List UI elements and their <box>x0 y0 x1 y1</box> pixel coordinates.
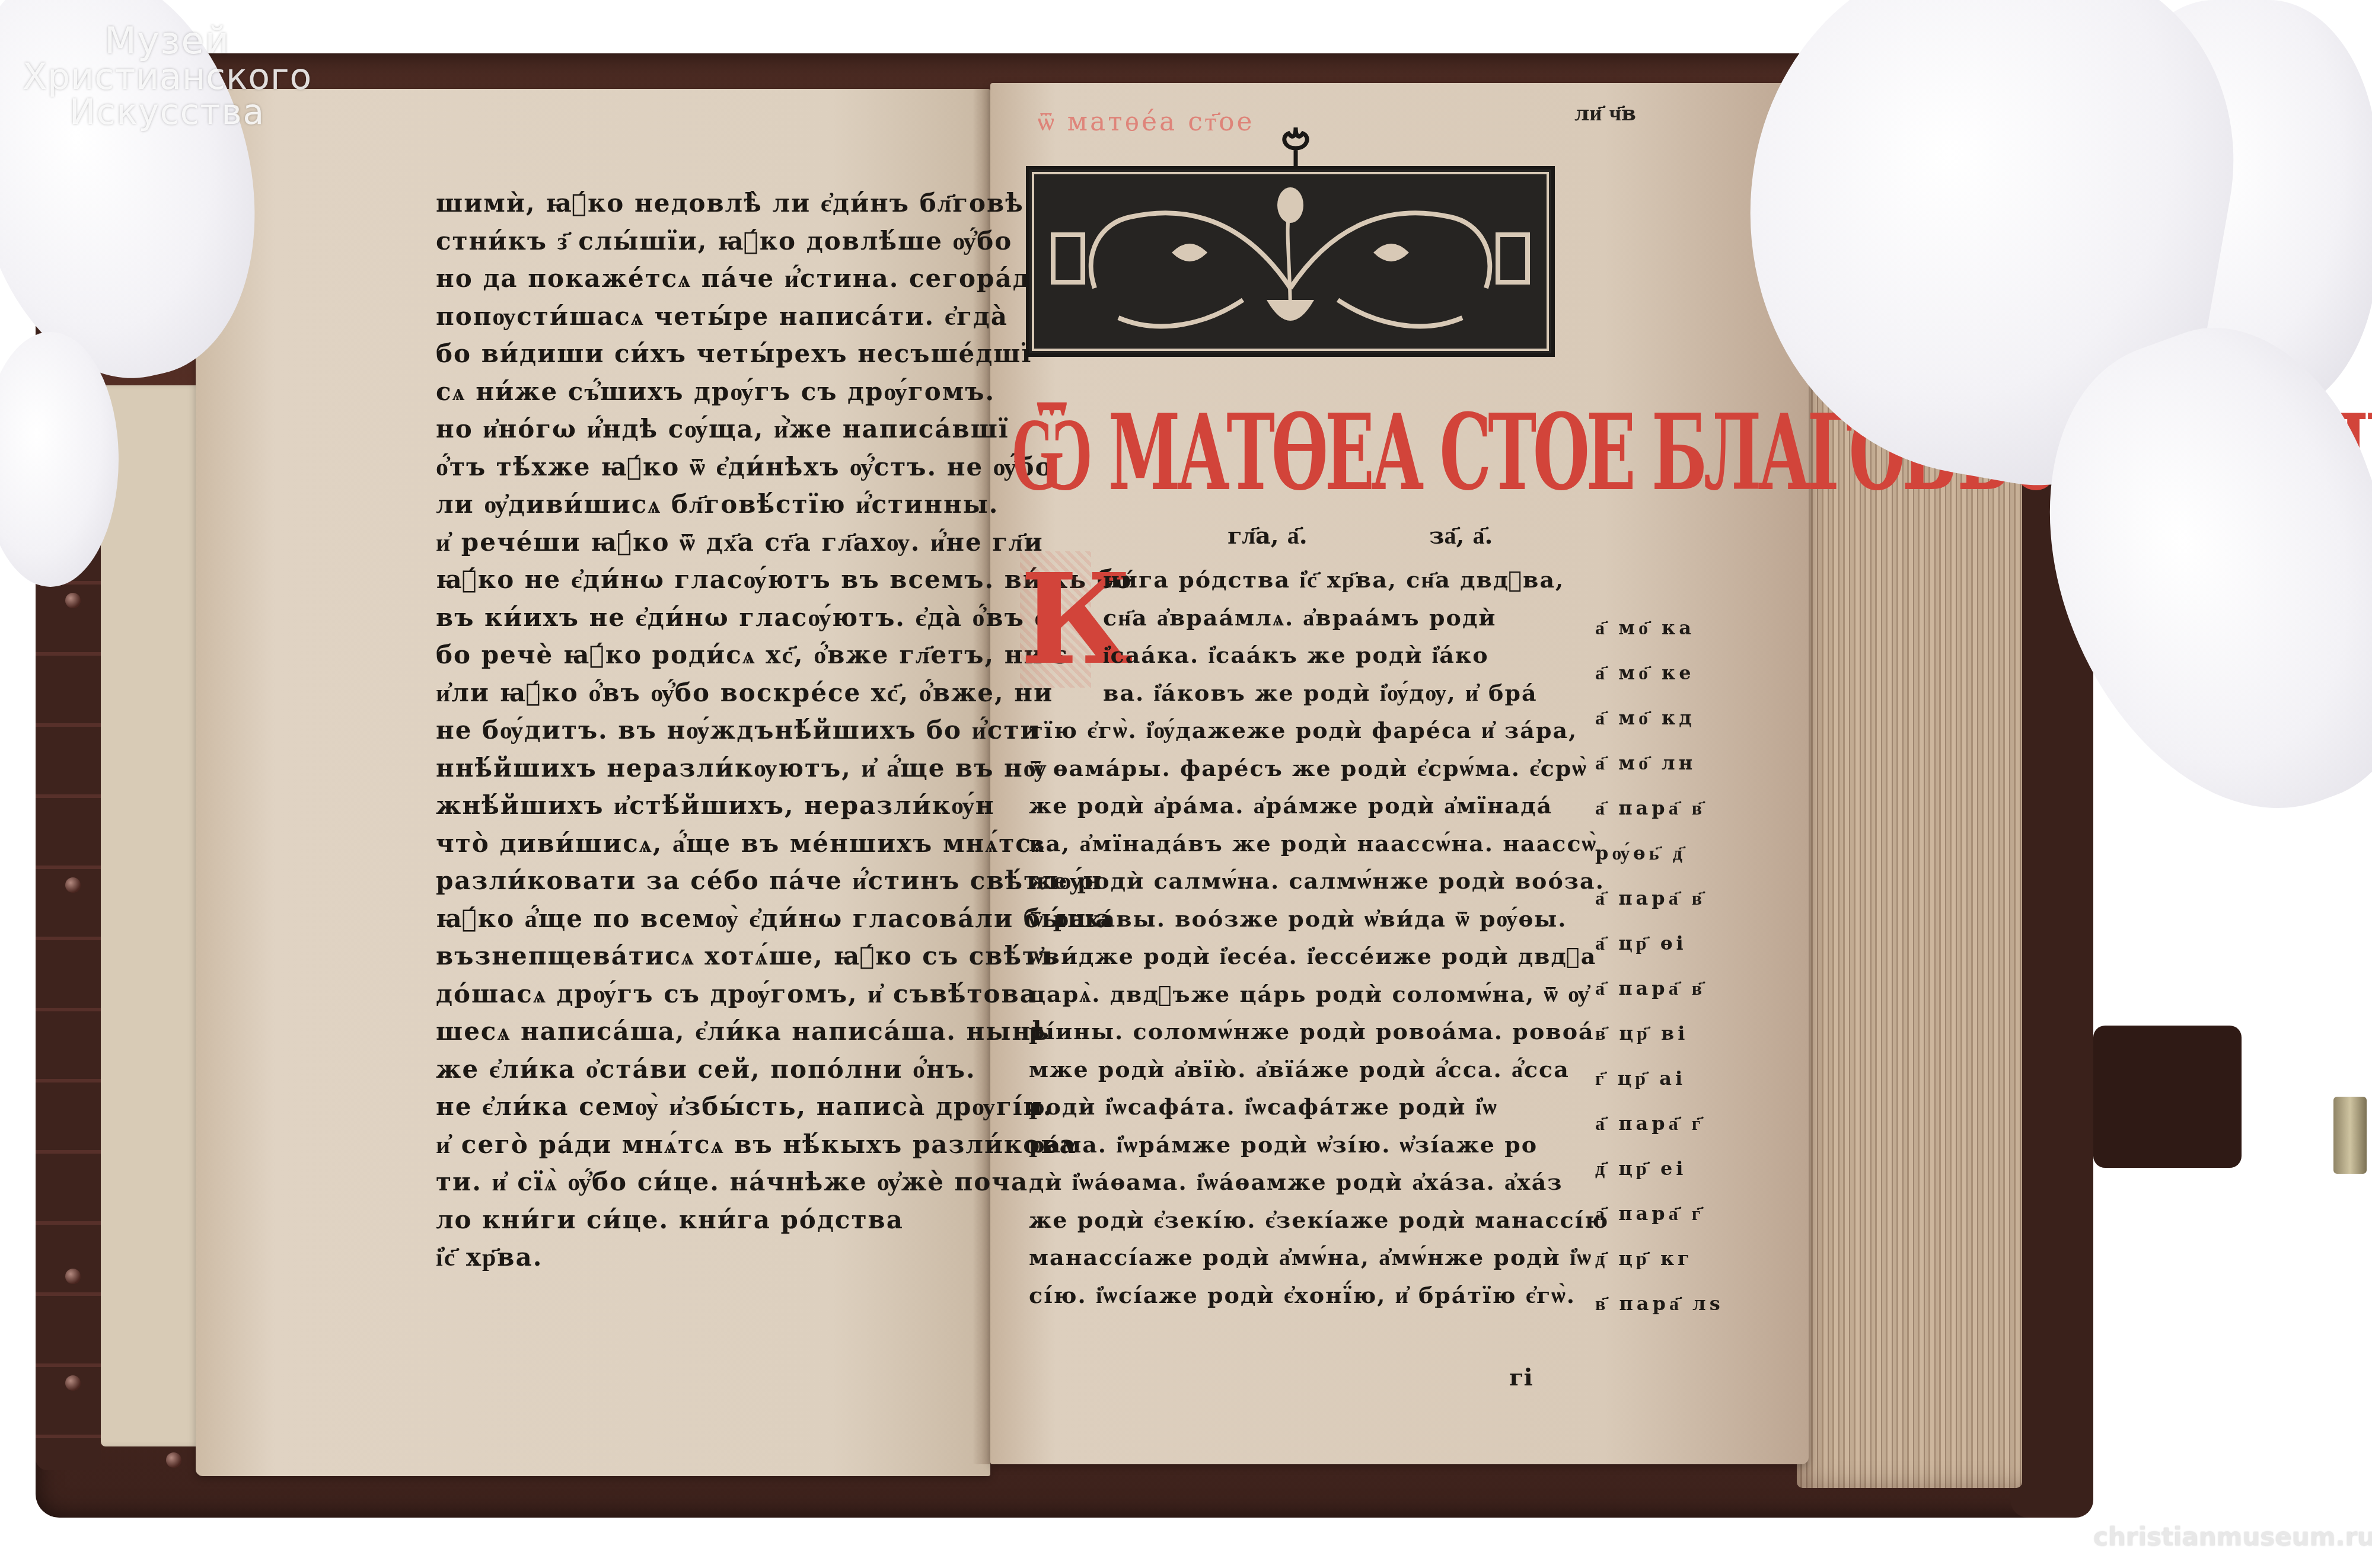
folio-signature: гі <box>1509 1363 1533 1391</box>
text-line: разли́ковати за се́бо па́че и҆́стинъ свѣ… <box>436 866 1102 896</box>
text-line: тїю є҆гѡ̀. і҆ѹ́дажеже родѝ фаре́са и҆ за… <box>1029 717 1577 744</box>
margin-note: в҃ пара҃ лѕ <box>1595 1292 1724 1315</box>
fleur-de-lis-icon <box>1278 124 1313 166</box>
museum-watermark: Музей Христианского Искусства <box>23 23 312 129</box>
text-line: жнѣ́йшихъ и҆стѣ́йшихъ, неразли́кѹ́н <box>436 791 995 820</box>
margin-note: а҃ мо҃ ке <box>1595 662 1695 684</box>
margin-note: в҃ цр҃ ві <box>1595 1022 1688 1045</box>
text-line: ва. і҆а́ковъ же родѝ і҆ѹ́дѹ, и҆ бра́ <box>1103 679 1538 707</box>
margin-note: д҃ цр҃ кг <box>1595 1247 1693 1270</box>
text-line: о҆́тъ тѣ́хже ꙗ҆́ко ѿ є҆ди́нѣхъ ѹ҆́стъ. н… <box>436 452 1053 482</box>
text-line: ѿ раха́вы. воо́зже родѝ ѡ҆ви́да ѿ рѹ́ѳы. <box>1029 905 1567 933</box>
text-line: ѿ ѳама́ры. фаре́съ же родѝ є҆срѡ́ма. є҆с… <box>1029 755 1587 782</box>
leaf-number: ли҃ ч҃в <box>1574 101 1636 126</box>
margin-note: а҃ пара҃ г҃ <box>1595 1112 1704 1135</box>
text-line: сі́ю. і҆ѡсі́аже родѝ є҆хонї́ю, и҆ бра́тї… <box>1029 1282 1576 1309</box>
red-initial-letter: К <box>1020 551 1091 688</box>
margin-note: а҃ цр҃ ѳі <box>1595 932 1687 954</box>
watermark-line: Христианского <box>23 59 312 95</box>
text-line: царѧ̀. двдⷣъже ца́рь родѝ соломѡ́на, ѿ ѹ… <box>1029 981 1590 1008</box>
ornamental-headpiece <box>1026 166 1555 357</box>
margin-note: а҃ пара҃ в҃ <box>1595 887 1705 909</box>
text-line: же родѝ а҆ра́ма. а҆ра́мже родѝ а҆мїнада́ <box>1029 792 1552 819</box>
text-line: бо ви́диши си́хъ четы́рехъ несъше́дшї <box>436 339 1032 368</box>
text-line: ло кни́ги си́це. кни́га ро́дства <box>436 1205 904 1234</box>
margin-note: а҃ мо҃ кд <box>1595 707 1695 729</box>
chapter-label: гл҃а, а҃. <box>1228 522 1308 550</box>
text-line: ва, а҆мїнада́въ же родѝ наассѡ́на. наасс… <box>1029 830 1597 857</box>
text-line: не бѹ́дитъ. въ нѹ́ждънѣ́йшихъ бо и҆́сти <box>436 716 1040 745</box>
watermark-line: Музей <box>23 23 312 59</box>
text-line: сн҃а а҆враа́млѧ. а҆враа́мъ родѝ <box>1103 604 1496 631</box>
clasp-lower <box>2093 1026 2242 1168</box>
text-line: и҆ли ꙗ҆́ко о҆́въ ѹ҆́бо воскре́се хс҃, о҆… <box>436 678 1053 708</box>
text-line: рі́ины. соломѡ́нже родѝ ровоа́ма. ровоа́ <box>1029 1018 1595 1045</box>
text-line: мже родѝ а҆вїю̀. а҆вїа́же родѝ а҆́сса. а… <box>1029 1056 1570 1083</box>
text-line: что̀ диви́шисѧ, а҆́ще въ ме́ншихъ мнѧ́тс… <box>436 829 1045 858</box>
text-line: попѹсти́шасѧ четы́ре написа́ти. є҆гда̀ <box>436 302 1008 331</box>
binding-stud <box>65 1269 81 1284</box>
margin-note: а҃ пара҃ в҃ <box>1595 977 1705 999</box>
text-line: ра́ма. і҆ѡра́мже родѝ ѡ҆зі́ю. ѡ҆зі́аже р… <box>1029 1131 1538 1158</box>
watermark-line: Искусства <box>23 95 312 129</box>
text-line: ти. и҆ сїѧ̀ ѹ҆́бо си́це. на́чнѣже ѹ҆жѐ п… <box>436 1167 1028 1197</box>
margin-note: рѹ́ѳь҃ д҃ <box>1595 842 1686 864</box>
text-line: шесѧ написа́ша, є҆ли́ка написа́ша. нынѣ <box>436 1017 1050 1046</box>
text-line: стни́къ з҃ слы́шїи, ꙗ҆́ко довлѣ́ше ѹ҆́бо <box>436 226 1012 256</box>
text-line: дѝ і҆ѡа́ѳама. і҆ѡа́ѳамже родѝ а҆ха́за. а… <box>1029 1168 1563 1196</box>
text-line: ннѣ́йшихъ неразли́кѹютъ, и҆ а҆́ще въ нѹ <box>436 753 1047 783</box>
text-line: но и҆но́гω и҆́ндѣ сѹ́ща, и҆̀же написа́вш… <box>436 414 1009 444</box>
text-line: же є҆ли́ка о҆ста́ви сей, попо́лни о҆́нъ. <box>436 1055 976 1084</box>
margin-note: а҃ пара҃ в҃ <box>1595 797 1705 819</box>
text-line: възнепщева́тисѧ хотѧ́ше, ꙗ҆́ко съ свѣ́тъ <box>436 941 1059 971</box>
binding-stud <box>65 877 81 893</box>
text-line: ни́га ро́дства і҆с҃ хр҃ва, сн҃а двдⷣва, <box>1103 566 1564 593</box>
text-line: шимѝ, ꙗ҆́ко недовлѣ̀ ли є҆ди́нъ бл҃говѣ <box>436 189 1024 218</box>
text-line: же родѝ є҆зекі́ю. є҆зекі́аже родѝ манасс… <box>1029 1206 1609 1234</box>
margin-note: г҃ цр҃ аі <box>1595 1067 1686 1090</box>
margin-note: а҃ мо҃ лн <box>1595 752 1696 774</box>
text-line: і҆с҃ хр҃ва. <box>436 1243 543 1272</box>
clasp-lower-metal <box>2333 1097 2367 1174</box>
text-line: родѝ і҆ѡсафа́та. і҆ѡсафа́тже родѝ і҆ѡ <box>1029 1093 1498 1120</box>
margin-note: д҃ цр҃ еі <box>1595 1157 1686 1180</box>
text-line: до́шасѧ дрѹ́гъ съ дрѹ́гомъ, и҆ съвѣ́това <box>436 979 1037 1009</box>
text-line: но да покаже́тсѧ па́че и҆́стина. сегора́… <box>436 264 1050 293</box>
binding-stud <box>166 1452 181 1468</box>
text-line: не є҆ли́ка семѹ̀ и҆збы́сть, написа̀ дрѹг… <box>436 1092 1053 1122</box>
zachalo-label: за҃, а҃. <box>1429 522 1493 550</box>
photo-scene: шимѝ, ꙗ҆́ко недовлѣ̀ ли є҆ди́нъ бл҃говѣс… <box>0 0 2372 1568</box>
margin-note: а҃ мо҃ ка <box>1595 617 1695 639</box>
binding-stud <box>65 1375 81 1391</box>
binding-stud <box>65 593 81 608</box>
text-line: бо речѐ ꙗ҆́ко роди́сѧ хс҃, о҆́вже гл҃етъ… <box>436 640 1069 670</box>
text-line: і҆саа́ка. і҆саа́къ же родѝ і҆а́ко <box>1103 641 1489 669</box>
text-line: и҆ сего̀ ра́ди мнѧ́тсѧ въ нѣ́кыхъ разли́… <box>436 1130 1077 1160</box>
text-line: сѧ ни́же съ҆́шихъ дрѹ́гъ съ дрѹ́гомъ. <box>436 377 995 407</box>
text-line: въ ки́ихъ не є҆ди́нω гласѹ́ютъ. є҆да̀ о҆… <box>436 603 1059 633</box>
text-line: же родѝ салмѡ́на. салмѡ́нже родѝ воо́за. <box>1029 867 1605 895</box>
text-line: манассі́аже родѝ а҆мѡ́на, а҆мѡ́нже родѝ … <box>1029 1244 1592 1271</box>
text-line: ѡ҆ви́дже родѝ і҆есе́а. і҆ессе́иже родѝ д… <box>1029 943 1596 970</box>
website-watermark: christianmuseum.ru <box>2093 1522 2372 1551</box>
text-line: ли ѹ҆диви́шисѧ бл҃говѣ́стїю и҆́стинны. <box>436 490 999 519</box>
running-head: ѿ матѳе́а ст҃ое <box>1038 107 1255 137</box>
margin-note: а҃ пара҃ г҃ <box>1595 1202 1704 1225</box>
floral-vase-ornament-icon <box>1029 170 1551 353</box>
text-line: и҆ рече́ши ꙗ҆́ко ѿ дх҃а ст҃а гл҃ахѹ. и҆́… <box>436 528 1044 557</box>
text-line: ꙗ҆́ко а҆́ще по всемѹ̀ є҆ди́нω гласова́ли… <box>436 904 1112 934</box>
